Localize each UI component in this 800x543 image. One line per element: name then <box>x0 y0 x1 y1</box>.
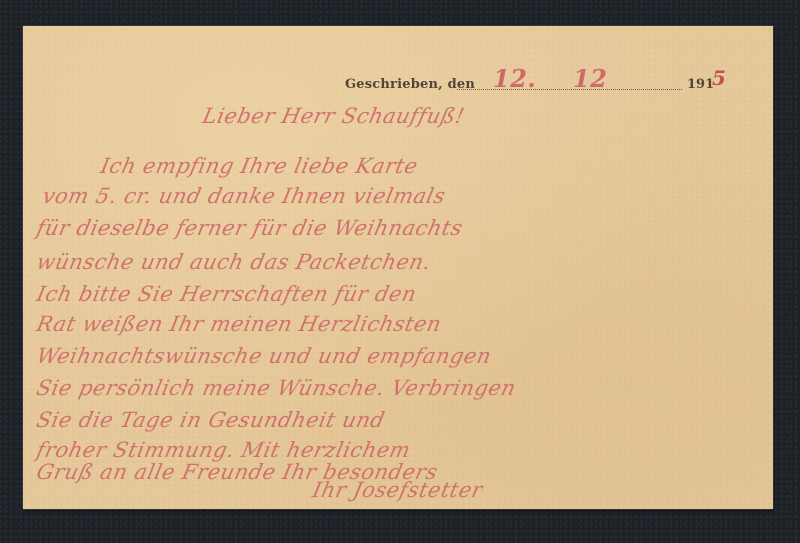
printed-date-line: Geschrieben, den 12. 12 191 5 <box>345 70 765 94</box>
letter-line: Rat weißen Ihr meinen Herzlichsten <box>34 312 443 336</box>
letter-line: für dieselbe ferner für die Weihnachts <box>34 216 464 240</box>
geschrieben-label: Geschrieben, den <box>345 77 475 92</box>
printed-year-prefix: 191 <box>687 77 714 92</box>
letter-line: wünsche und auch das Packetchen. <box>34 250 433 274</box>
signature-line: Ihr Josefstetter <box>310 478 485 502</box>
dotted-fill-line <box>457 89 682 90</box>
letter-line: Ich bitte Sie Herrschaften für den <box>34 282 418 306</box>
postcard: Geschrieben, den 12. 12 191 5 Lieber Her… <box>23 26 773 509</box>
letter-line: Sie die Tage in Gesundheit und <box>34 408 387 432</box>
salutation-line: Lieber Herr Schauffuß! <box>200 104 467 128</box>
letter-line: Weihnachtswünsche und und empfangen <box>34 344 493 368</box>
letter-line: Ich empfing Ihre liebe Karte <box>98 154 420 178</box>
letter-line: Sie persönlich meine Wünsche. Verbringen <box>34 376 518 400</box>
handwritten-year-digit: 5 <box>712 66 726 90</box>
letter-line: froher Stimmung. Mit herzlichem <box>34 438 412 462</box>
letter-line: vom 5. cr. und danke Ihnen vielmals <box>40 184 447 208</box>
